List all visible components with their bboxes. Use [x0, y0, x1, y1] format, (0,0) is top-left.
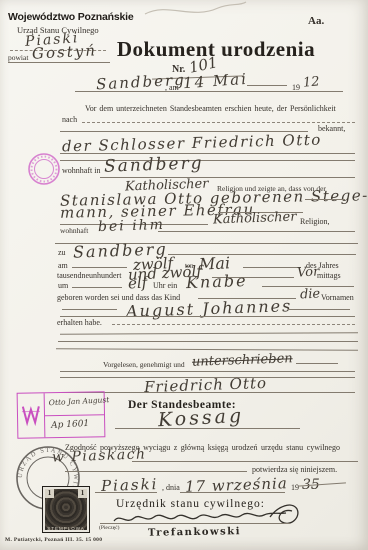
seal-caption-label: (Pieczęć) [99, 525, 119, 531]
ruled-line [243, 267, 301, 268]
issue-year-handwritten: 12 [302, 74, 320, 90]
religion2-handwritten: Katholischer [213, 210, 297, 228]
ruled-line [112, 324, 355, 325]
ruled-line [56, 348, 358, 351]
ruled-line [100, 523, 290, 524]
ruled-line [180, 492, 285, 493]
stamp-caption: STEMPLOWA [43, 526, 89, 531]
stamp-denomination-left: 1 [45, 489, 54, 498]
ruled-line [168, 254, 356, 255]
um-label: um [58, 281, 68, 290]
reference-number-handwritten: Ap 1601 [51, 418, 90, 430]
ruled-line [100, 177, 355, 178]
pencil-squiggle [140, 0, 250, 22]
reference-name-cell: Otto Jan August [45, 392, 104, 416]
ruled-line [82, 122, 355, 123]
monogram-cell [18, 393, 46, 437]
ruled-line [288, 309, 350, 310]
ruled-line [60, 153, 355, 154]
reference-box-stamp: Otto Jan August Ap 1601 [17, 391, 106, 439]
birth-certificate-document: Województwo Poznańskie Urząd Stanu Cywil… [0, 0, 368, 550]
birth-hour-handwritten: elf [128, 274, 148, 293]
ruled-line [296, 363, 338, 364]
child-sex-handwritten: Knabe [186, 271, 248, 292]
ruled-line [247, 85, 287, 86]
religion2-label: Religion, [300, 217, 330, 226]
issue-date-handwritten: 14 Mai [182, 70, 248, 92]
ruled-line [115, 428, 300, 429]
reference-name-handwritten: Otto Jan August [49, 395, 110, 407]
wohnhaft-in-label: wohnhaft in [62, 166, 100, 175]
ruled-line [60, 316, 355, 317]
county-handwritten: Gostyń [32, 41, 98, 62]
vorgelesen-label: Vorgelesen, genehmigt und [103, 360, 185, 369]
intro-line2: nach [62, 115, 77, 124]
reference-number-cell: Ap 1601 [45, 415, 104, 438]
ruled-line [95, 492, 157, 493]
declarant-residence-handwritten: Sandberg [104, 153, 204, 176]
ruled-line [72, 287, 122, 288]
round-ink-stamp [26, 151, 62, 187]
ruled-line [75, 91, 343, 92]
bekannt-label: bekannt, [318, 124, 345, 133]
unterschrieben-handwritten: unterschrieben [192, 351, 293, 370]
ruled-line [62, 309, 117, 310]
voivodeship-label: Województwo Poznańskie [8, 11, 134, 23]
am-label: am [58, 261, 68, 270]
ruled-line [60, 371, 355, 372]
ruled-line [60, 332, 358, 335]
ruled-line [158, 231, 355, 232]
uhr-ein-label: Uhr ein [153, 281, 177, 290]
county-label: powiat [8, 53, 28, 62]
wohnhaft-label: wohnhaft [60, 226, 88, 235]
w-monogram-icon [21, 403, 41, 425]
tausend-label: tausendneunhundert [57, 271, 121, 280]
corner-mark: Aa. [308, 15, 324, 27]
intro-line1: Vor dem unterzeichneten Standesbeamten e… [85, 104, 336, 113]
revenue-stamp: 1 1 STEMPLOWA [42, 486, 90, 533]
printer-imprint: M. Putiatycki, Poznań III. 35. 15 000 [5, 537, 102, 543]
dnia-label: , dnia [162, 483, 180, 492]
vornamen-label: Vornamen [321, 293, 354, 302]
ruled-line [72, 267, 127, 268]
official-name-stamped: Trefankowski [148, 526, 241, 539]
daytime-label: mittags [317, 271, 341, 280]
declarant-handwritten: der Schlosser Friedrich Otto [62, 131, 322, 156]
zu-label: zu [58, 248, 66, 257]
cert-year-prefix: 19 [291, 483, 299, 492]
wohnhaft-value-handwritten: bei ihm [98, 217, 165, 235]
ruled-line [8, 62, 110, 63]
ruled-line [132, 461, 358, 462]
ruled-line [65, 471, 247, 472]
die-handwritten: die [300, 286, 321, 302]
ruled-line [305, 199, 345, 200]
erhalten-label: erhalten habe. [57, 318, 102, 327]
stamp-denomination-right: 1 [78, 489, 87, 498]
certification-place-handwritten: w Piaskach [52, 446, 147, 465]
confirm-label: potwierdza się niniejszem. [252, 465, 337, 474]
ruled-line [58, 341, 358, 342]
